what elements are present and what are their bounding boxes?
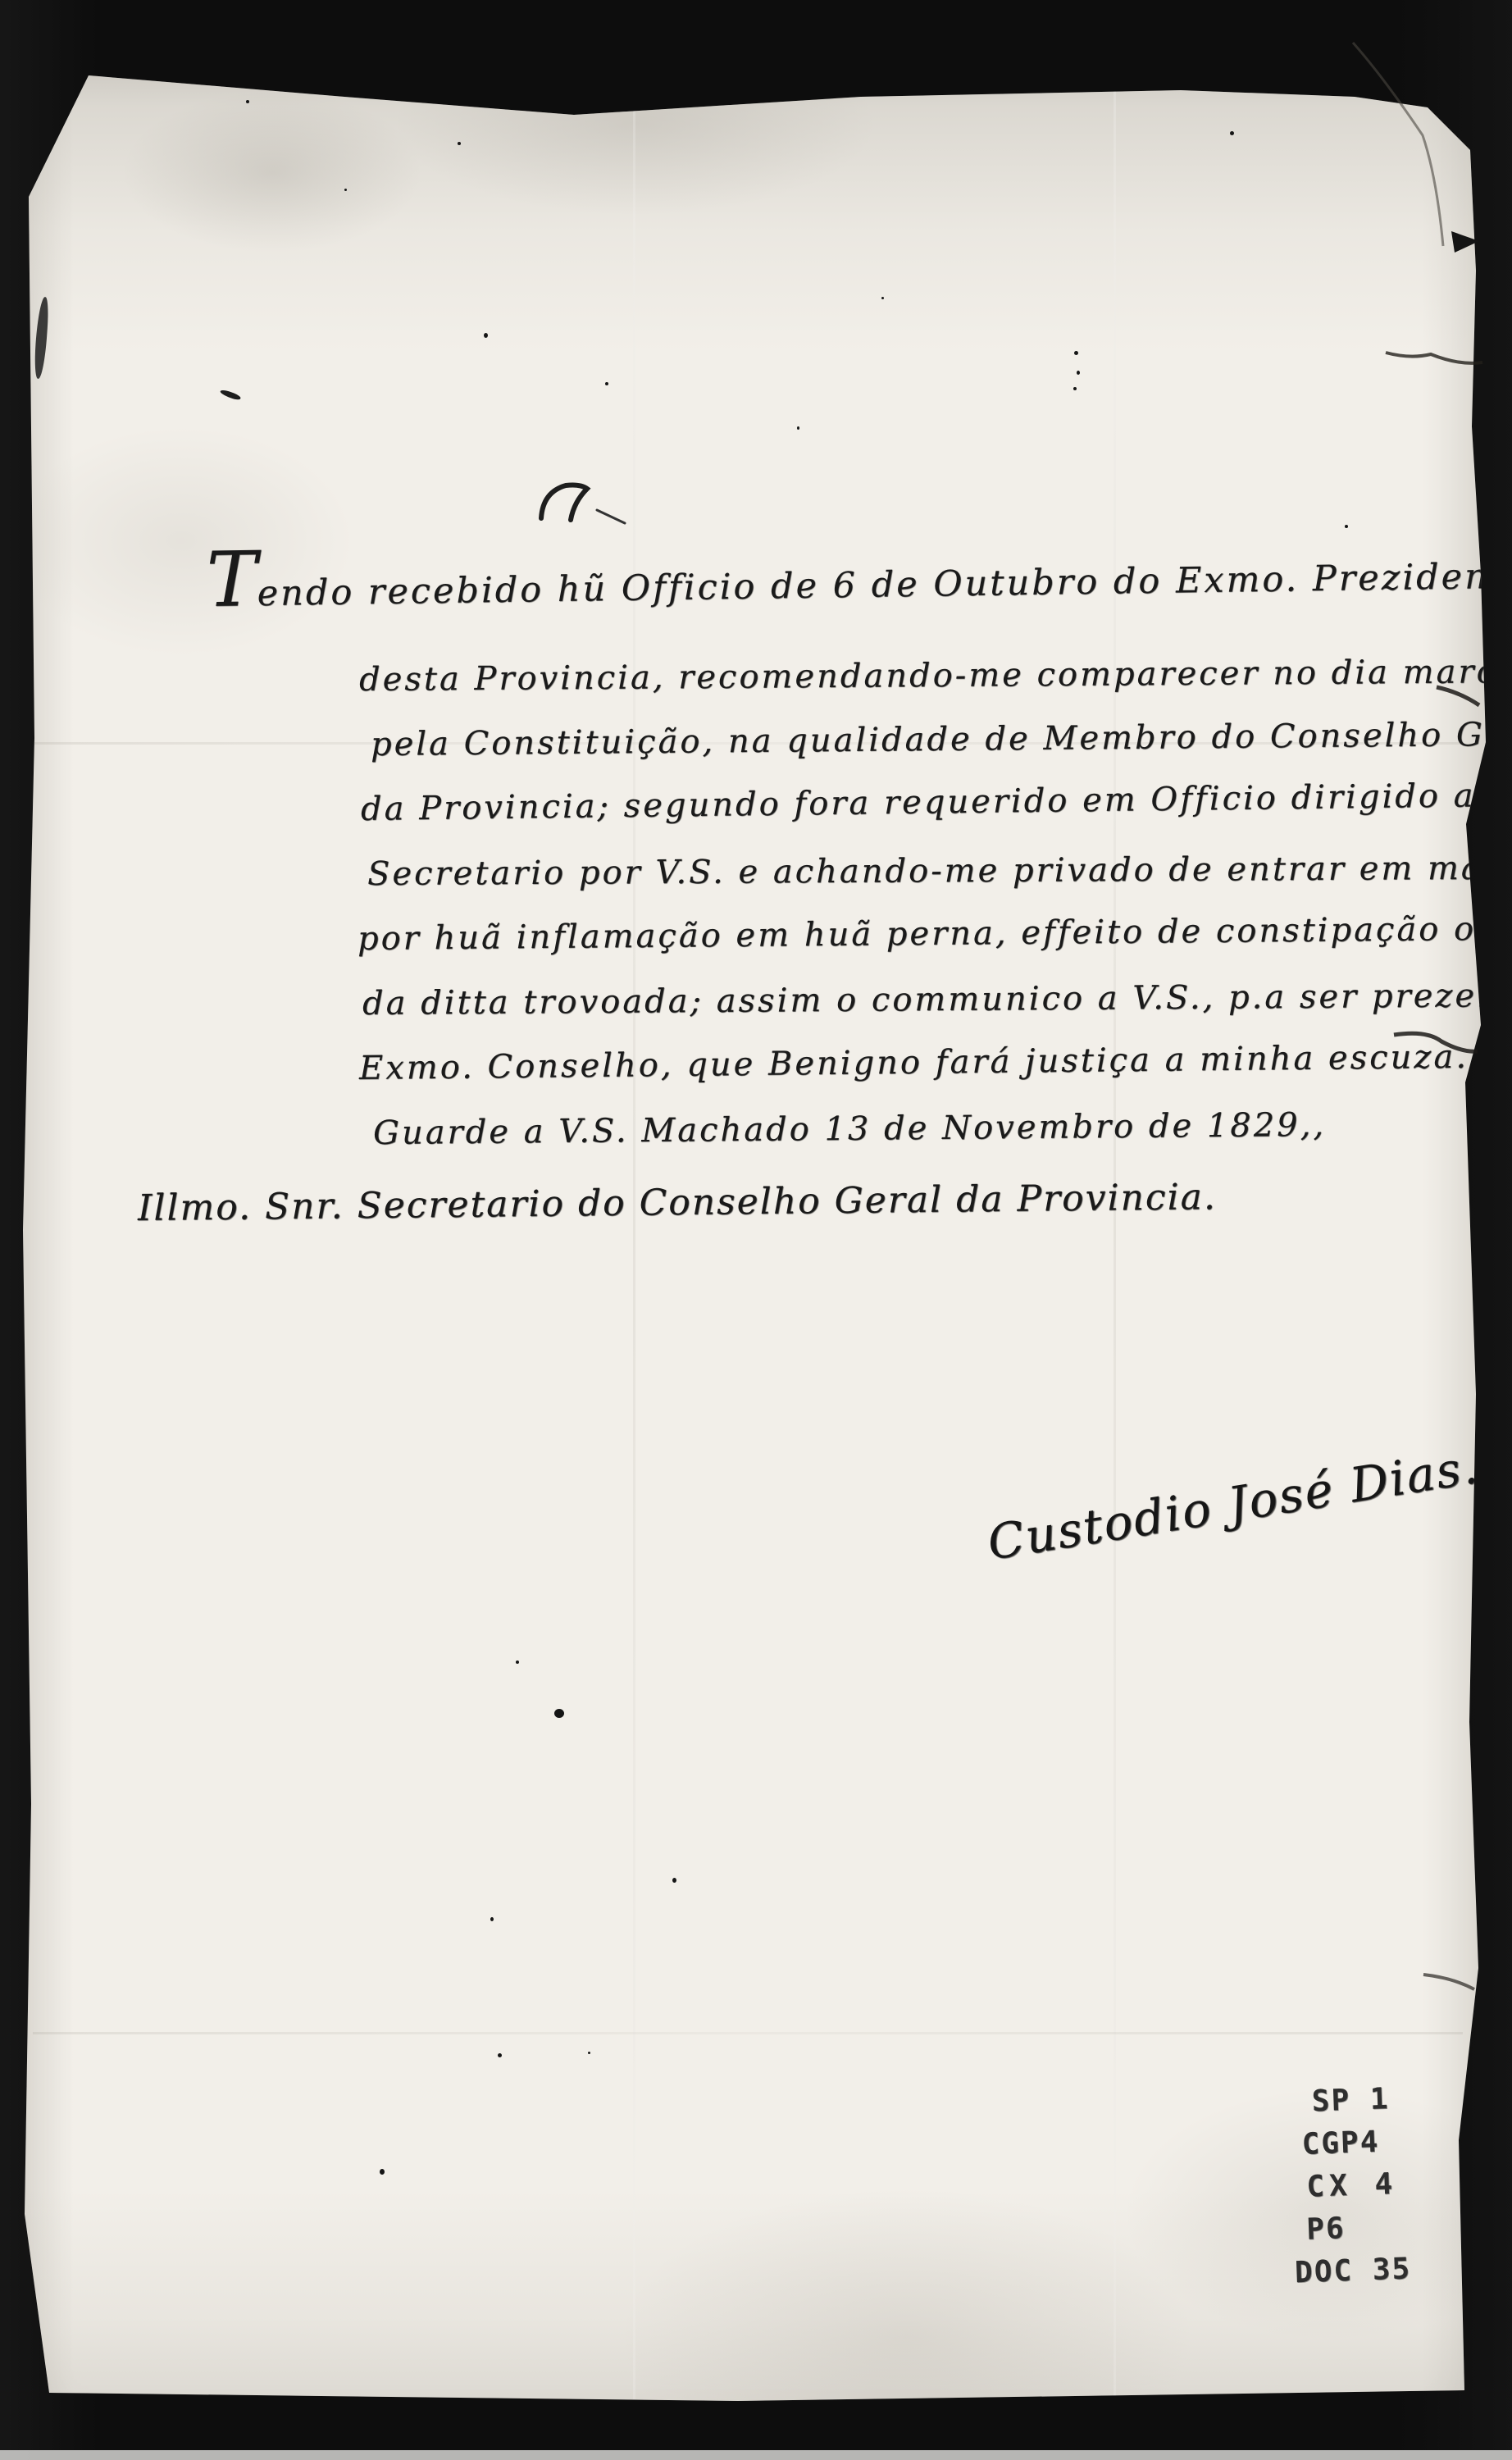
salutation-line: Illmo. Snr. Secretario do Conselho Geral… [138,1176,1217,1229]
paper-speck [605,382,608,385]
vertical-fold-line [1114,0,1116,2460]
paper-speck [498,2053,502,2057]
paper-speck [1345,525,1348,528]
manuscript-line: Exmo. Conselho, que Benigno fará justiça… [359,1037,1512,1087]
archival-reference-code: SP 1 CGP4 CX 4 P6 DOC 35 [1300,2078,1412,2294]
archive-code-line: CX 4 [1306,2162,1410,2208]
paper-aging-shading [0,0,1512,2460]
paper-speck [1074,351,1078,355]
paper-speck [484,333,488,338]
paper-speck [881,297,884,299]
paper-speck [672,1878,676,1883]
ink-blot [554,1709,564,1718]
paper-speck [1073,387,1077,390]
manuscript-line: por huã inflamação em huã perna, effeito… [358,909,1512,958]
scan-bottom-strip [0,2450,1512,2460]
archive-code-line: P6 [1305,2205,1410,2251]
paper-speck [588,2052,590,2054]
paper-speck [1077,371,1080,375]
paper-speck [246,100,249,103]
scanned-document-screenshot: { "document": { "language": "Portuguese"… [0,0,1512,2460]
ink-smudge [220,388,242,401]
manuscript-line: Guarde a V.S. Machado 13 de Novembro de … [373,1106,1326,1152]
paper-speck [516,1660,519,1664]
document-paper: Tendo recebido hũ Officio de 6 de Outubr… [0,0,1512,2460]
edge-blotch [34,297,50,380]
paper-speck [458,142,461,145]
manuscript-line: Secretario por V.S. e achando-me privado… [367,849,1512,893]
archive-code-line: CGP4 [1301,2120,1408,2166]
paper-speck [380,2169,385,2175]
paper-speck [1230,131,1234,135]
archive-code-line: SP 1 [1311,2078,1406,2124]
manuscript-line: pela Constituição, na qualidade de Membr… [371,715,1512,763]
manuscript-line: Tendo recebido hũ Officio de 6 de Outubr… [207,555,1512,615]
paper-speck [797,426,799,430]
manuscript-line: desta Provincia, recomendando-me compare… [359,653,1512,699]
vertical-fold-line [633,0,635,2460]
paper-speck [490,1917,494,1921]
horizontal-fold-line [33,2032,1463,2034]
signature: Custodio José Dias. [984,1438,1482,1571]
paper-speck [344,189,347,191]
manuscript-line: da Provincia; segundo fora requerido em … [361,776,1512,828]
archive-code-line: DOC 35 [1294,2248,1412,2294]
manuscript-line: da ditta trovoada; assim o communico a V… [362,977,1512,1023]
